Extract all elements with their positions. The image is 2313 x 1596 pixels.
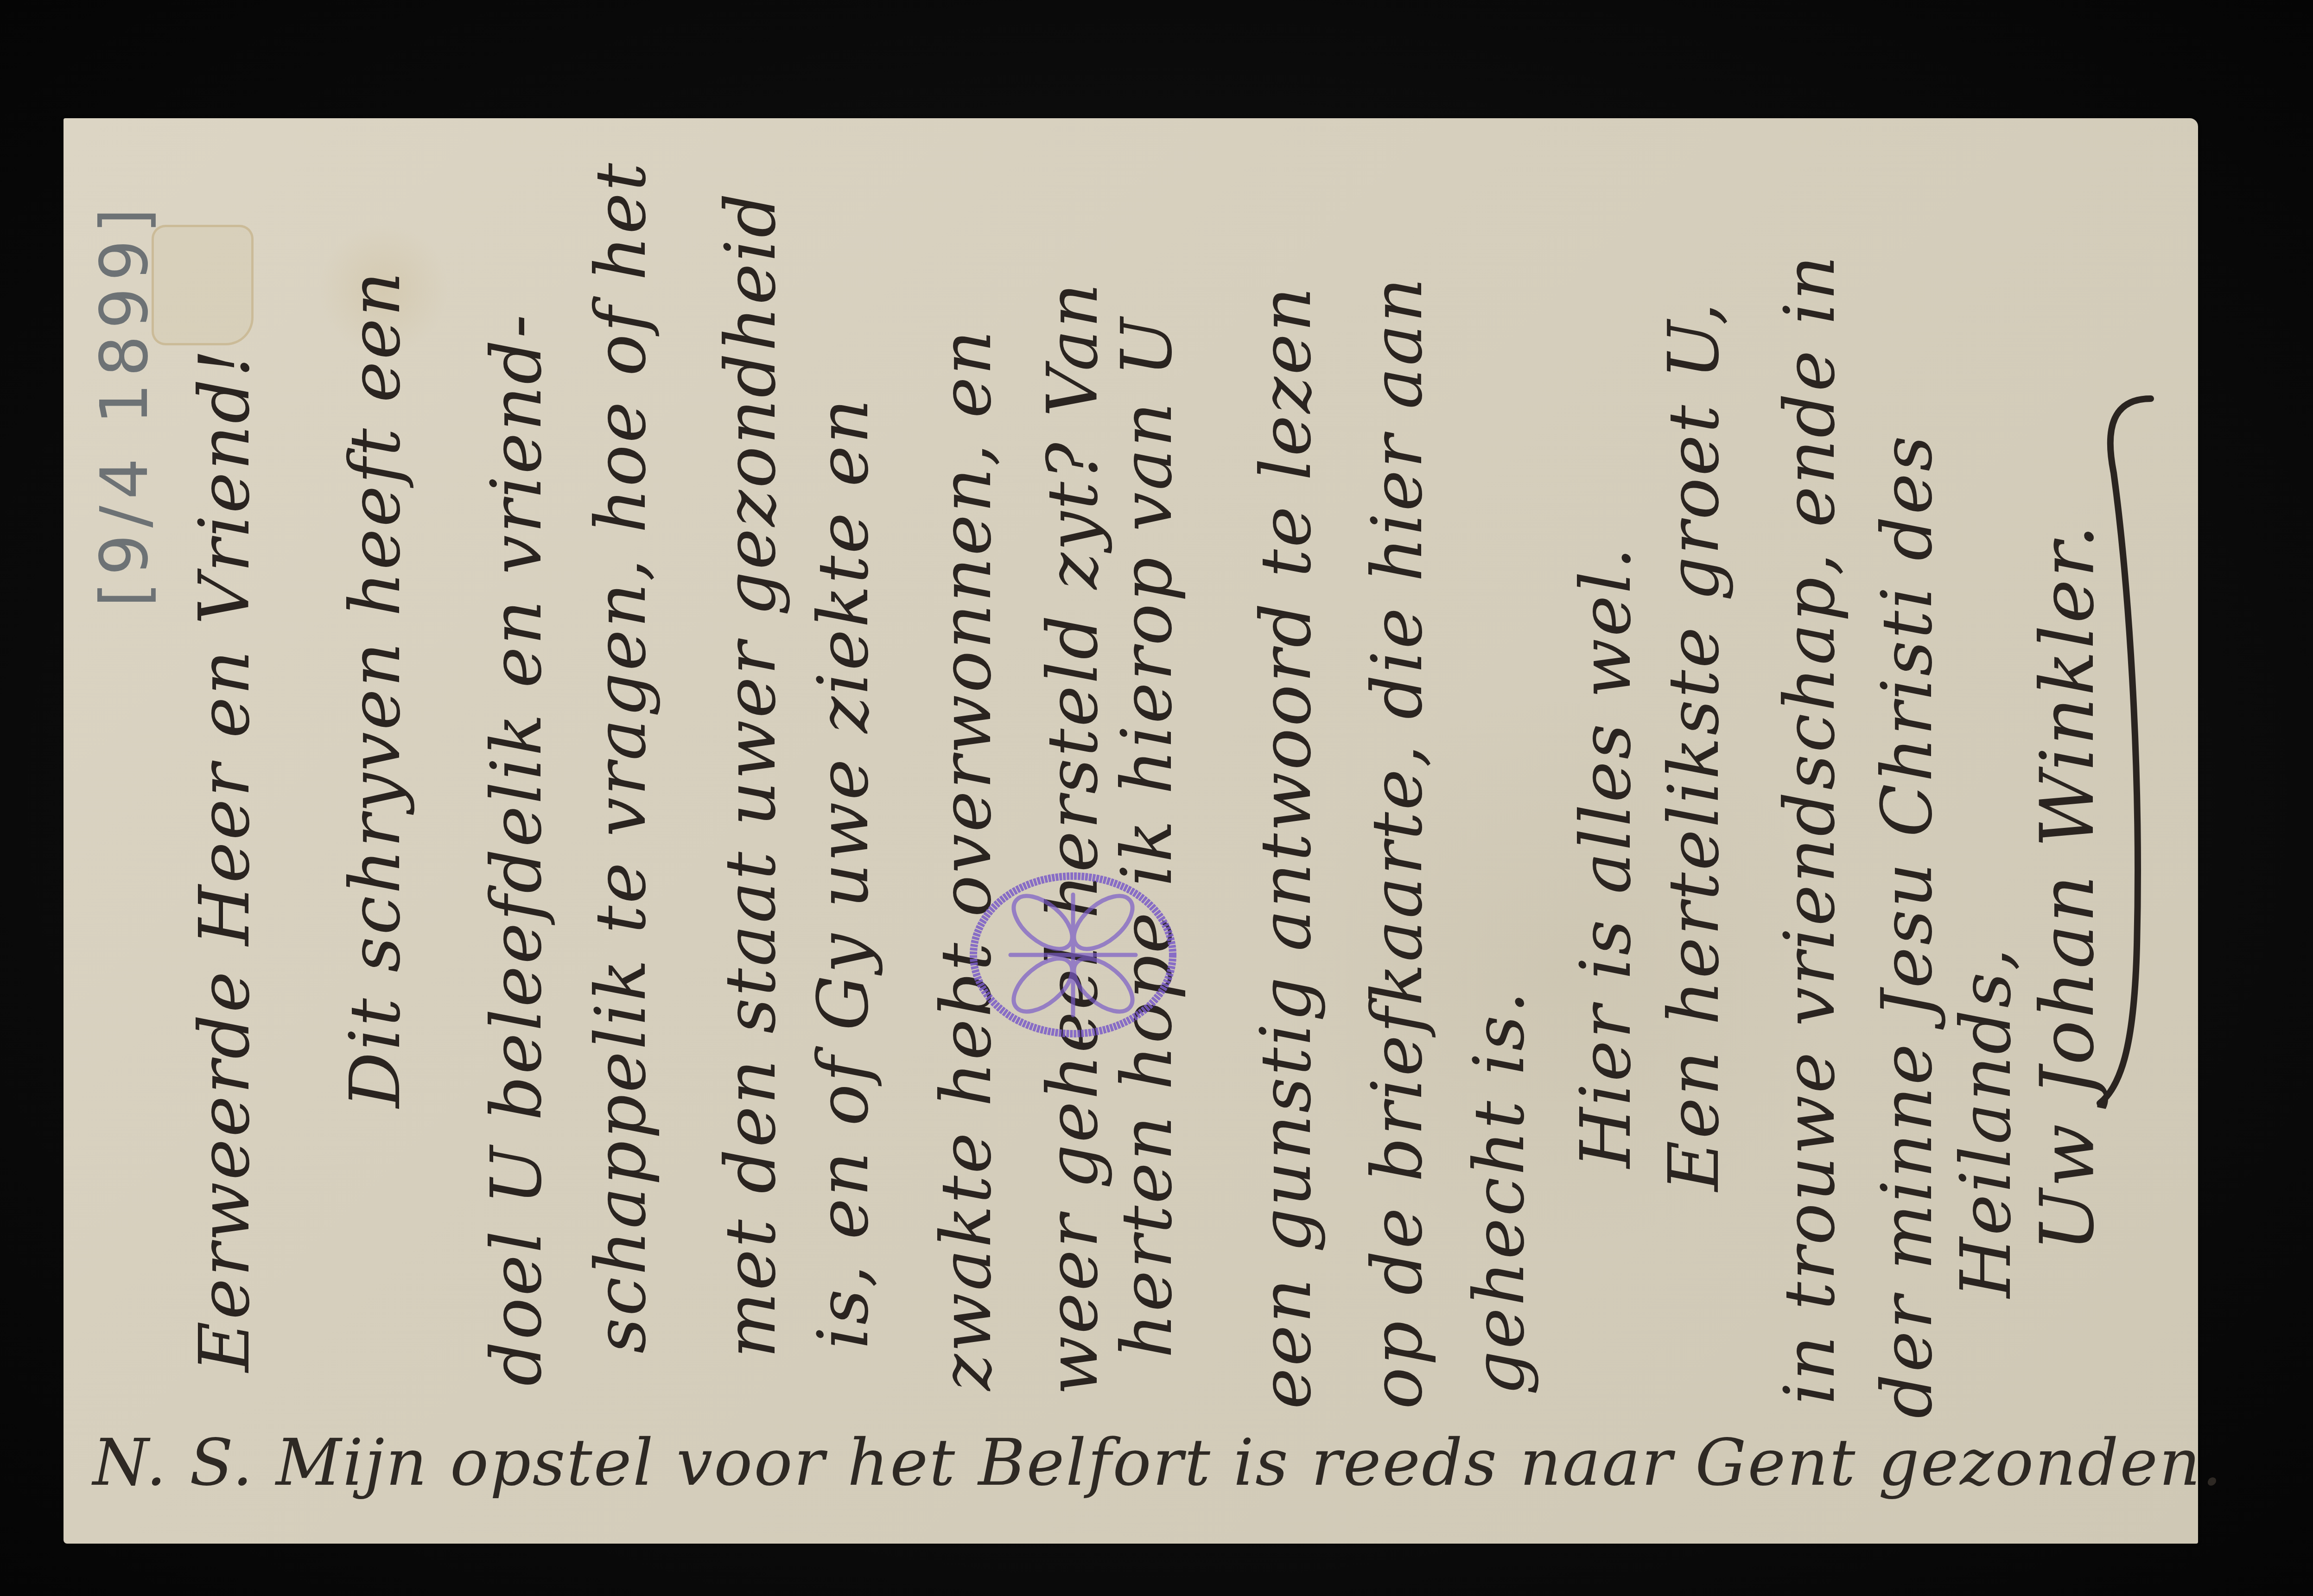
letter-line: doel U beleefdelik en vriend- <box>482 312 552 1386</box>
letter-line: schappelik te vragen, hoe of het <box>586 161 656 1354</box>
letter-salutation: Eerweerde Heer en Vriend! <box>190 347 260 1372</box>
letter-line: met den staat uwer gezondheid <box>716 191 786 1358</box>
letter-line: op de briefkaarte, die hier aan <box>1363 276 1432 1409</box>
archival-date-annotation: [9/4 1899] <box>93 202 158 607</box>
letter-line: is, en of Gy uwe ziekte en <box>809 397 878 1349</box>
letter-line: Dit schryven heeft een <box>341 270 410 1108</box>
letter-line: gehecht is. <box>1465 990 1534 1395</box>
purple-oval-stamp-icon <box>964 867 1182 1043</box>
water-stain <box>152 225 254 345</box>
letter-line: Een hertelikste groet U, <box>1659 301 1729 1191</box>
letter-line: zwakte hebt overwonnen, en <box>932 329 1001 1391</box>
postscript: N. S. Mijn opstel voor het Belfort is re… <box>93 1425 2224 1500</box>
letter-line: in trouwe vriendschap, ende in <box>1775 254 1845 1405</box>
signature-flourish-icon <box>2086 389 2174 1113</box>
letter-line: Heilands, <box>1951 947 2021 1298</box>
letter-line: Hier is alles wel. <box>1571 546 1641 1168</box>
letter-line: weer geheel hersteld zyt? Van <box>1038 281 1108 1395</box>
letter-line: herten hope ik hierop van U <box>1112 316 1182 1358</box>
letter-line: der minne Jesu Christi des <box>1873 434 1942 1418</box>
letter-line: een gunstig antwoord te lezen <box>1252 285 1321 1409</box>
